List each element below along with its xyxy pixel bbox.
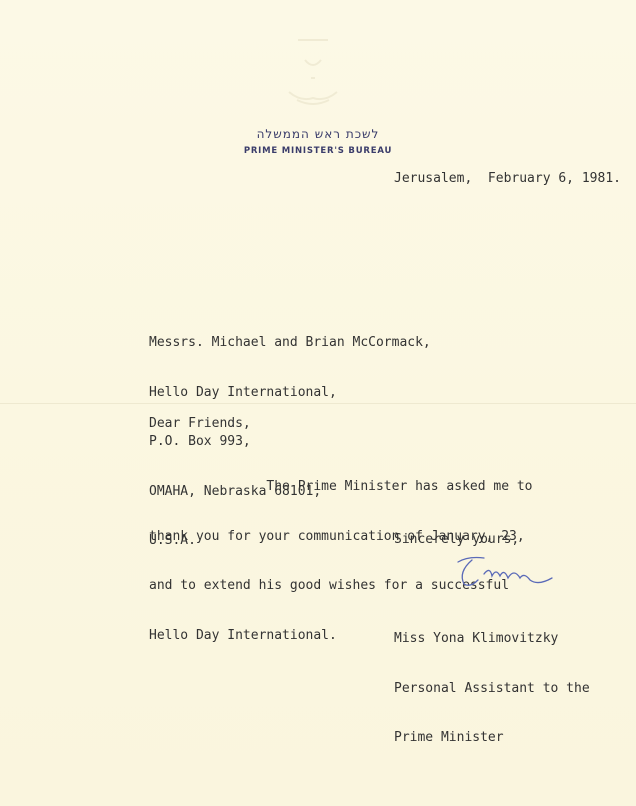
address-line: Messrs. Michael and Brian McCormack, <box>149 335 431 352</box>
embossed-emblem-icon <box>283 30 343 110</box>
closing: Sincerely yours, <box>394 532 519 549</box>
handwritten-signature <box>450 552 580 592</box>
signer-title: Prime Minister <box>394 730 590 747</box>
letterhead-hebrew: לשכת ראש הממשלה <box>238 127 398 141</box>
letterhead-english: PRIME MINISTER'S BUREAU <box>238 146 398 156</box>
body-line: The Prime Minister has asked me to <box>149 479 533 496</box>
address-line: Hello Day International, <box>149 385 431 402</box>
letter-page: לשכת ראש הממשלה PRIME MINISTER'S BUREAU … <box>0 0 636 806</box>
date-line: Jerusalem, February 6, 1981. <box>394 171 621 188</box>
signer-block: Miss Yona Klimovitzky Personal Assistant… <box>394 598 590 780</box>
signer-name: Miss Yona Klimovitzky <box>394 631 590 648</box>
signer-title: Personal Assistant to the <box>394 681 590 698</box>
salutation: Dear Friends, <box>149 416 251 433</box>
